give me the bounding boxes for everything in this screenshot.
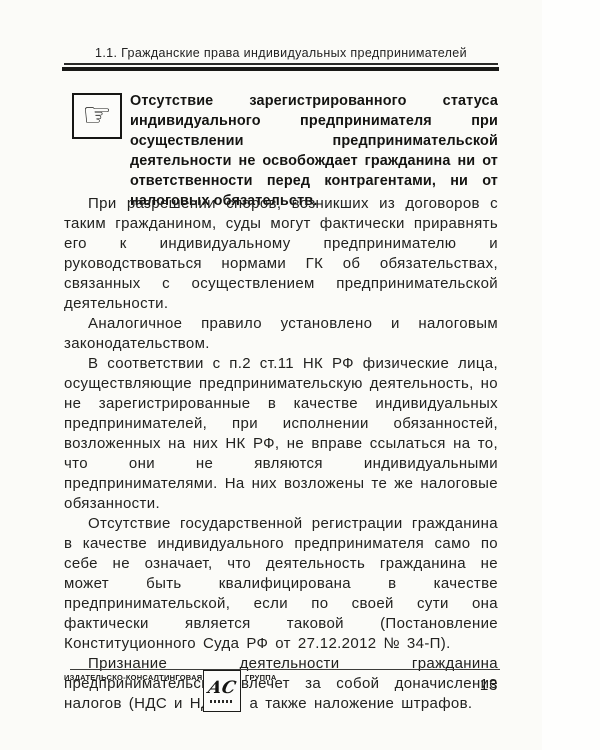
publisher-logo: АС bbox=[203, 670, 241, 712]
footer-rule bbox=[70, 669, 500, 670]
key-point-note: ☞ Отсутствие зарегистрированного статуса… bbox=[72, 91, 498, 211]
header-rule-thin bbox=[64, 63, 498, 65]
book-page: 1.1. Гражданские права индивидуальных пр… bbox=[0, 0, 600, 750]
paragraph-2: Аналогичное правило установлено и налого… bbox=[64, 314, 498, 354]
pointing-hand-icon: ☞ bbox=[72, 93, 122, 139]
publisher-logo-monogram: АС bbox=[206, 680, 237, 697]
note-text: Отсутствие зарегистрированного статуса и… bbox=[130, 91, 498, 211]
publisher-name-right: ГРУППА bbox=[245, 673, 277, 682]
paragraph-1: При разрешении споров, возникших из дого… bbox=[64, 194, 498, 314]
paragraph-4: Отсутствие государственной регистрации г… bbox=[64, 514, 498, 654]
publisher-name-left: ИЗДАТЕЛЬСКО-КОНСАЛТИНГОВАЯ bbox=[64, 673, 202, 682]
pointing-hand-glyph: ☞ bbox=[82, 98, 112, 131]
publisher-logo-caption bbox=[210, 700, 234, 703]
paragraph-3: В соответствии с п.2 ст.11 НК РФ физичес… bbox=[64, 354, 498, 514]
chapter-section-title: 1.1. Гражданские права индивидуальных пр… bbox=[64, 46, 498, 60]
header-rule-thick bbox=[62, 67, 499, 71]
page-number: 13 bbox=[398, 677, 498, 695]
body-text: При разрешении споров, возникших из дого… bbox=[64, 194, 498, 714]
